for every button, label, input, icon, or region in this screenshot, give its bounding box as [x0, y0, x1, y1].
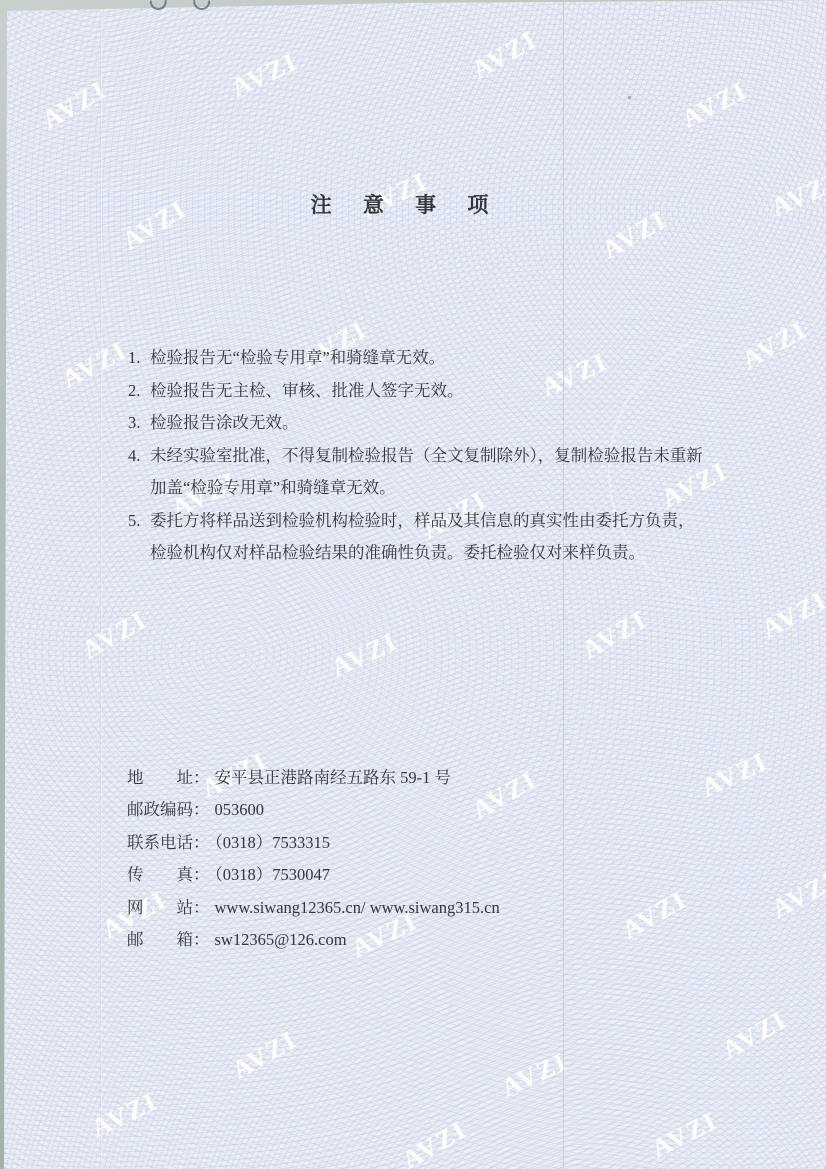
watermark-glyph: AVZI — [467, 25, 542, 86]
contact-label: 联系电话： — [127, 833, 210, 852]
contact-value: （0318）7533315 — [215, 833, 331, 852]
contact-label: 地 址： — [127, 768, 210, 787]
contact-value: （0318）7530047 — [215, 865, 331, 884]
notice-item: 3. 检验报告涂改无效。 — [128, 407, 716, 440]
notice-item: 5. 委托方将样品送到检验机构检验时，样品及其信息的真实性由委托方负责， 检验机… — [128, 505, 716, 570]
page-title: 注 意 事 项 — [0, 189, 812, 219]
notice-item-number: 2. — [128, 375, 150, 408]
notice-item-number: 1. — [128, 342, 150, 375]
contact-row-address: 地 址：安平县正港路南经五路东 59-1 号 — [127, 762, 500, 794]
contact-value: sw12365@126.com — [215, 930, 347, 949]
notice-list: 1. 检验报告无“检验专用章”和骑缝章无效。 2. 检验报告无主检、审核、批准人… — [128, 342, 716, 570]
watermark-glyph: AVZI — [577, 605, 652, 666]
contact-value: www.siwang12365.cn/ www.siwang315.cn — [215, 898, 500, 917]
watermark-glyph: AVZI — [57, 335, 133, 394]
watermark-glyph: AVZI — [227, 47, 303, 104]
notice-item-text: 检验报告涂改无效。 — [150, 407, 716, 440]
contact-row-email: 邮 箱：sw12365@126.com — [127, 924, 500, 956]
notice-item-text: 检验报告无主检、审核、批准人签字无效。 — [150, 375, 716, 408]
watermark-glyph: AVZI — [767, 865, 826, 924]
contact-value: 053600 — [215, 800, 265, 819]
contact-label: 网 站： — [127, 898, 210, 917]
contact-row-postcode: 邮政编码：053600 — [127, 794, 500, 826]
watermark-glyph: AVZI — [397, 1115, 472, 1169]
watermark-glyph: AVZI — [617, 885, 692, 946]
fold-crease-center — [563, 0, 565, 1169]
scanned-document: AVZIAVZIAVZIAVZIAVZIAVZIAVZIAVZIAVZIAVZI… — [0, 0, 826, 1169]
notice-item: 1. 检验报告无“检验专用章”和骑缝章无效。 — [128, 342, 716, 375]
watermark-glyph: AVZI — [327, 627, 403, 684]
notice-item-number: 5. — [128, 505, 150, 538]
notice-item-number: 4. — [128, 440, 150, 473]
watermark-glyph: AVZI — [497, 1047, 573, 1104]
watermark-glyph: AVZI — [77, 605, 152, 666]
watermark-glyph: AVZI — [697, 747, 773, 804]
contact-row-website: 网 站：www.siwang12365.cn/ www.siwang315.cn — [127, 892, 500, 924]
contact-block: 地 址：安平县正港路南经五路东 59-1 号 邮政编码：053600 联系电话：… — [127, 762, 500, 956]
watermark-glyph: AVZI — [677, 75, 753, 134]
contact-label: 邮政编码： — [127, 800, 210, 819]
notice-item-text: 委托方将样品送到检验机构检验时，样品及其信息的真实性由委托方负责， 检验机构仅对… — [150, 505, 716, 570]
contact-row-fax: 传 真：（0318）7530047 — [127, 859, 500, 891]
notice-item: 2. 检验报告无主检、审核、批准人签字无效。 — [128, 375, 716, 408]
watermark-glyph: AVZI — [87, 1086, 163, 1144]
watermark-glyph: AVZI — [227, 1025, 302, 1086]
contact-value: 安平县正港路南经五路东 59-1 号 — [215, 768, 452, 787]
notice-item: 4. 未经实验室批准，不得复制检验报告（全文复制除外），复制检验报告未重新 加盖… — [128, 440, 716, 505]
notice-item-text: 未经实验室批准，不得复制检验报告（全文复制除外），复制检验报告未重新 加盖“检验… — [150, 440, 716, 505]
ink-speck — [628, 96, 631, 99]
paper-sheet: AVZIAVZIAVZIAVZIAVZIAVZIAVZIAVZIAVZIAVZI… — [0, 0, 826, 1169]
watermark-glyph: AVZI — [717, 1005, 792, 1066]
notice-item-number: 3. — [128, 407, 150, 440]
contact-label: 邮 箱： — [127, 930, 210, 949]
contact-row-phone: 联系电话：（0318）7533315 — [127, 827, 500, 859]
contact-label: 传 真： — [127, 865, 210, 884]
fold-crease-left — [100, 0, 102, 1169]
notice-item-text: 检验报告无“检验专用章”和骑缝章无效。 — [150, 342, 716, 375]
watermark-glyph: AVZI — [647, 1106, 723, 1164]
